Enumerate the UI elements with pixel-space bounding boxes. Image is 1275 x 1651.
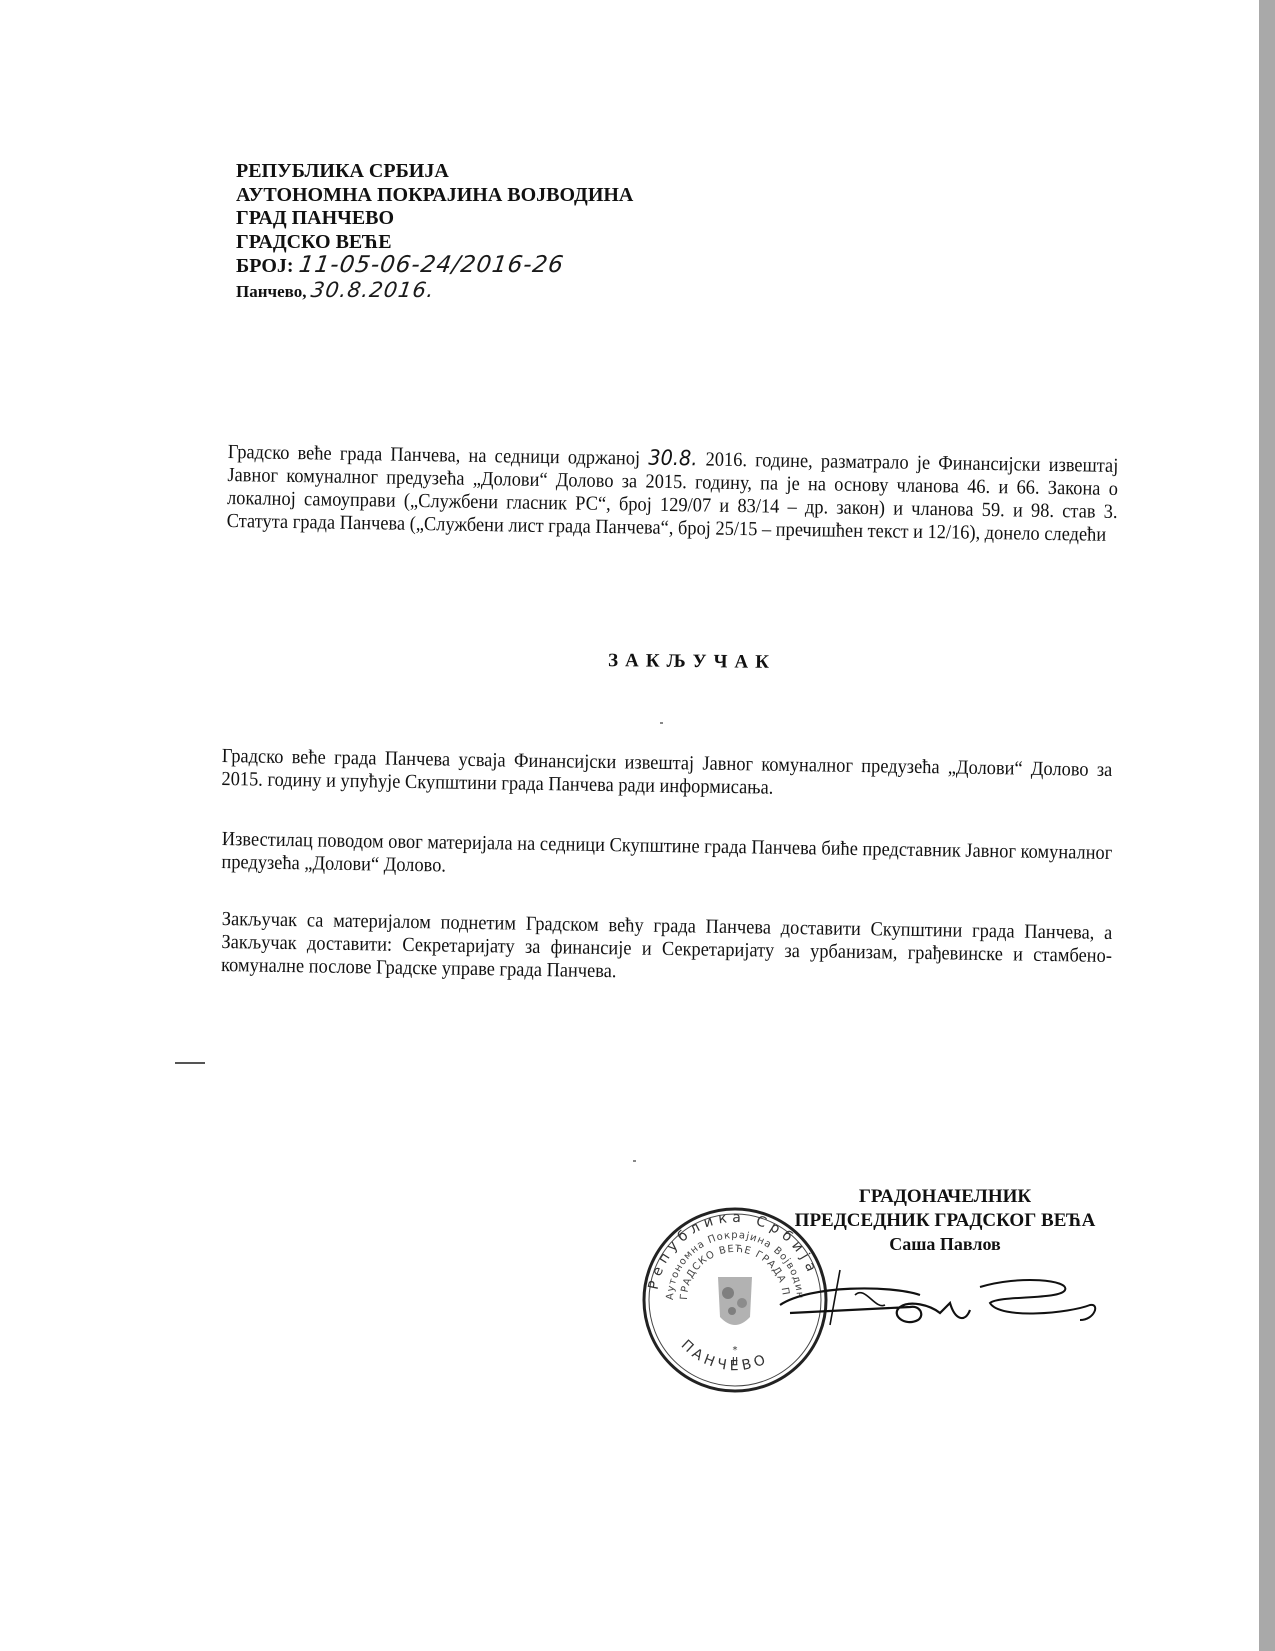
session-date-handwritten: 30.8. [648, 446, 698, 471]
conclusion-paragraph-1: Градско веће града Панчева усваја Финанс… [221, 745, 1112, 805]
intro-paragraph: Градско веће града Панчева, на седници о… [227, 440, 1119, 547]
scan-speck [660, 722, 663, 724]
header-line-republic: РЕПУБЛИКА СРБИЈА [236, 160, 633, 184]
handwritten-signature-icon [770, 1265, 1110, 1335]
signatory-name: Саша Павлов [780, 1233, 1110, 1255]
number-label: БРОЈ: [236, 255, 294, 277]
document-page: РЕПУБЛИКА СРБИЈА АУТОНОМНА ПОКРАЈИНА ВОЈ… [0, 0, 1259, 1651]
date-handwritten: 30.8.2016. [310, 279, 437, 303]
header-line-city: ГРАД ПАНЧЕВО [236, 207, 633, 231]
document-title: ЗАКЉУЧАК [608, 650, 776, 674]
scan-edge-band [1259, 0, 1275, 1651]
conclusion-paragraph-3: Закључак са материјалом поднетим Градско… [221, 908, 1113, 991]
document-header: РЕПУБЛИКА СРБИЈА АУТОНОМНА ПОКРАЈИНА ВОЈ… [236, 160, 633, 303]
conclusion-paragraph-2: Известилац поводом овог материјала на се… [221, 828, 1112, 888]
margin-mark [175, 1062, 205, 1064]
signatory-title-mayor: ГРАДОНАЧЕЛНИК [780, 1185, 1110, 1209]
signatory-title-president: ПРЕДСЕДНИК ГРАДСКОГ ВЕЋА [780, 1209, 1110, 1233]
signature-block: ГРАДОНАЧЕЛНИК ПРЕДСЕДНИК ГРАДСКОГ ВЕЋА С… [780, 1185, 1110, 1255]
header-line-council: ГРАДСКО ВЕЋЕ [236, 231, 633, 255]
header-line-province: АУТОНОМНА ПОКРАЈИНА ВОЈВОДИНА [236, 184, 633, 208]
svg-text:ПАНЧЕВО: ПАНЧЕВО [678, 1337, 772, 1374]
scan-speck [633, 1160, 636, 1162]
header-date-line: Панчево, 30.8.2016. [236, 279, 633, 304]
svg-text:II: II [732, 1355, 739, 1368]
header-number-line: БРОЈ: 11-05-06-24/2016-26 [236, 254, 633, 279]
place-label: Панчево, [236, 282, 306, 301]
number-handwritten: 11-05-06-24/2016-26 [297, 254, 565, 278]
